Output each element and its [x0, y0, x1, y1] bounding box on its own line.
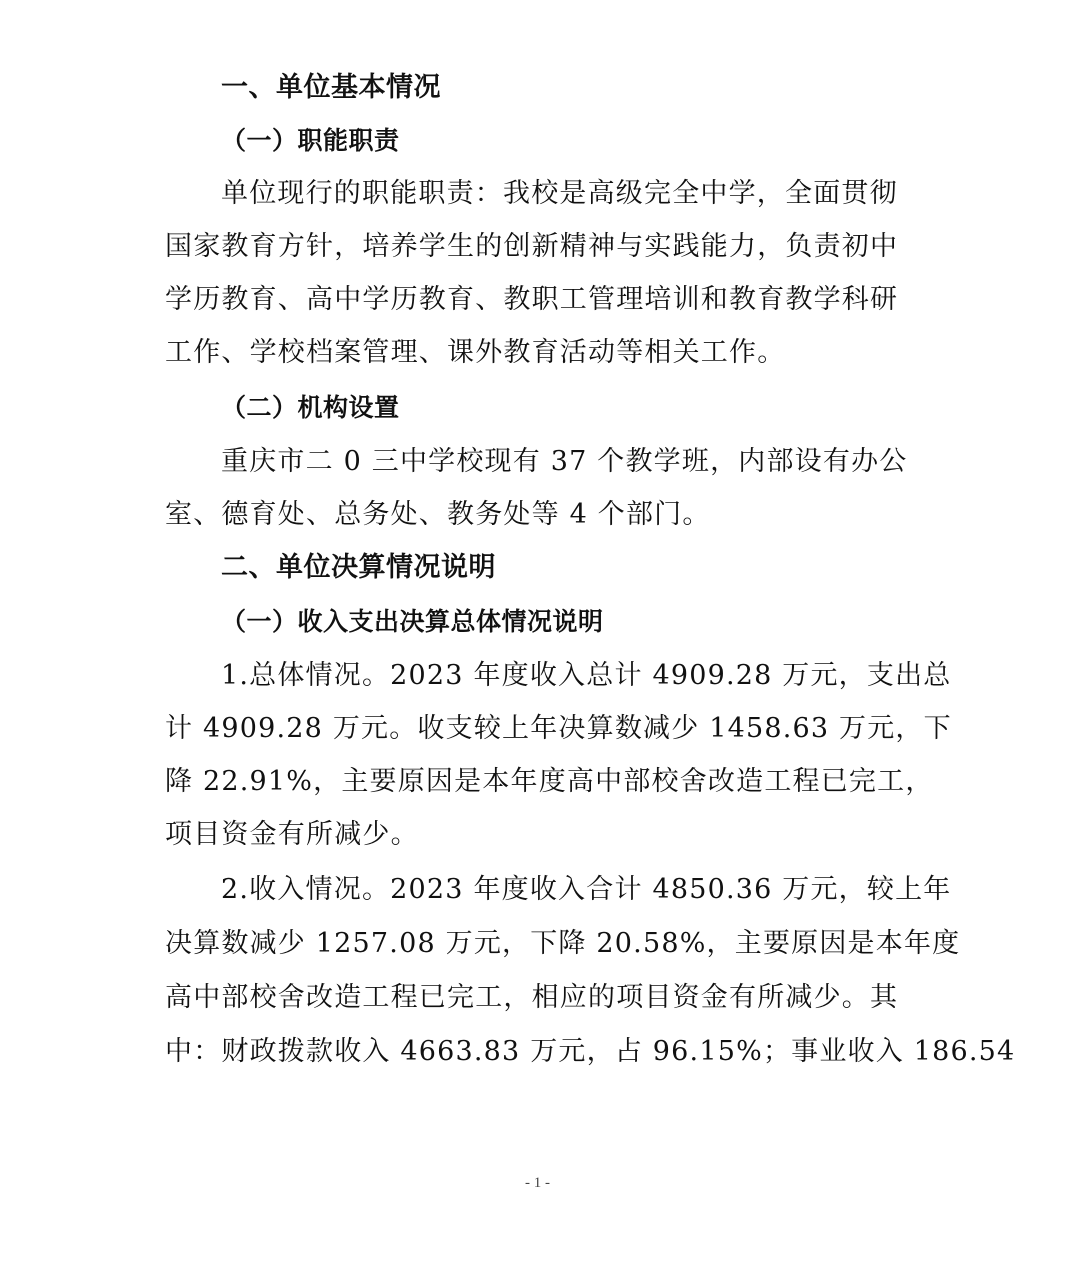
paragraph-line: 高中部校舍改造工程已完工，相应的项目资金有所减少。其 — [165, 980, 898, 1016]
paragraph-line: 中：财政拨款收入 4663.83 万元，占 96.15%；事业收入 186.54 — [165, 1034, 1015, 1070]
paragraph-line: 计 4909.28 万元。收支较上年决算数减少 1458.63 万元，下 — [165, 711, 952, 747]
paragraph-line: 1.总体情况。2023 年度收入总计 4909.28 万元，支出总 — [221, 658, 951, 694]
subsection-heading-organization: （二）机构设置 — [221, 390, 400, 426]
section-heading-unit-basic-info: 一、单位基本情况 — [221, 70, 441, 106]
paragraph-line: 降 22.91%，主要原因是本年度高中部校舍改造工程已完工， — [165, 764, 934, 800]
paragraph-line: 单位现行的职能职责：我校是高级完全中学，全面贯彻 — [221, 176, 898, 212]
paragraph-line: 决算数减少 1257.08 万元，下降 20.58%，主要原因是本年度 — [165, 926, 960, 962]
paragraph-line: 学历教育、高中学历教育、教职工管理培训和教育教学科研 — [165, 282, 898, 318]
paragraph-line: 项目资金有所减少。 — [165, 817, 419, 853]
page-number: - 1 - — [0, 1175, 1075, 1192]
paragraph-line: 工作、学校档案管理、课外教育活动等相关工作。 — [165, 335, 785, 371]
subsection-heading-income-expense-overview: （一）收入支出决算总体情况说明 — [221, 604, 604, 640]
paragraph-line: 室、德育处、总务处、教务处等 4 个部门。 — [165, 497, 711, 533]
paragraph-line: 2.收入情况。2023 年度收入合计 4850.36 万元，较上年 — [221, 872, 951, 908]
section-heading-final-accounts: 二、单位决算情况说明 — [221, 550, 496, 586]
subsection-heading-functions: （一）职能职责 — [221, 123, 400, 159]
paragraph-line: 国家教育方针，培养学生的创新精神与实践能力，负责初中 — [165, 229, 898, 265]
paragraph-line: 重庆市二 0 三中学校现有 37 个教学班，内部设有办公 — [221, 444, 907, 480]
